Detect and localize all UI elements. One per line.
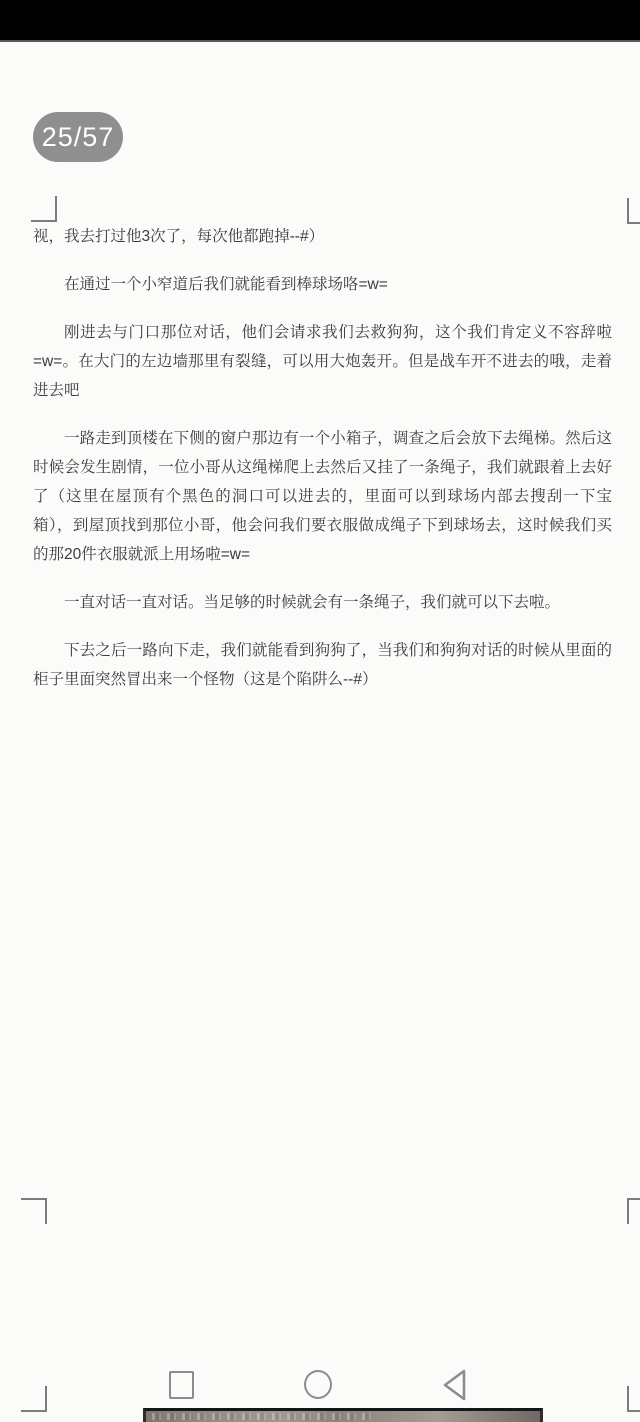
reader-screen: 25/57 视，我去打过他3次了，每次他都跑掉--#） 在通过一个小窄道后我们就… [0,0,640,1422]
paragraph: 在通过一个小窄道后我们就能看到棒球场咯=w= [33,270,612,299]
paragraph: 下去之后一路向下走，我们就能看到狗狗了，当我们和狗狗对话的时候从里面的柜子里面突… [33,636,612,694]
document-page[interactable]: 视，我去打过他3次了，每次他都跑掉--#） 在通过一个小窄道后我们就能看到棒球场… [33,222,612,713]
crop-mark-top-left [31,196,57,222]
paragraph: 刚进去与门口那位对话，他们会请求我们去救狗狗，这个我们肯定义不容辞啦=w=。在大… [33,318,612,405]
crop-mark-top-right [627,198,640,224]
next-page-image-texture [152,1413,372,1420]
back-triangle-icon[interactable] [438,1366,470,1404]
next-page-image-preview [143,1408,543,1422]
home-circle-icon[interactable] [304,1370,332,1399]
crop-mark-mid-left [21,1198,47,1224]
status-bar [0,0,640,42]
paragraph: 视，我去打过他3次了，每次他都跑掉--#） [33,222,612,251]
crop-mark-bottom-right [627,1386,640,1412]
page-indicator-badge: 25/57 [33,112,123,162]
paragraph: 一直对话一直对话。当足够的时候就会有一条绳子，我们就可以下去啦。 [33,588,612,617]
recents-square-icon[interactable] [169,1371,194,1399]
page-indicator-label: 25/57 [42,122,115,153]
paragraph: 一路走到顶楼在下侧的窗户那边有一个小箱子，调查之后会放下去绳梯。然后这时候会发生… [33,424,612,569]
crop-mark-bottom-left [21,1386,47,1412]
crop-mark-mid-right [627,1198,640,1224]
